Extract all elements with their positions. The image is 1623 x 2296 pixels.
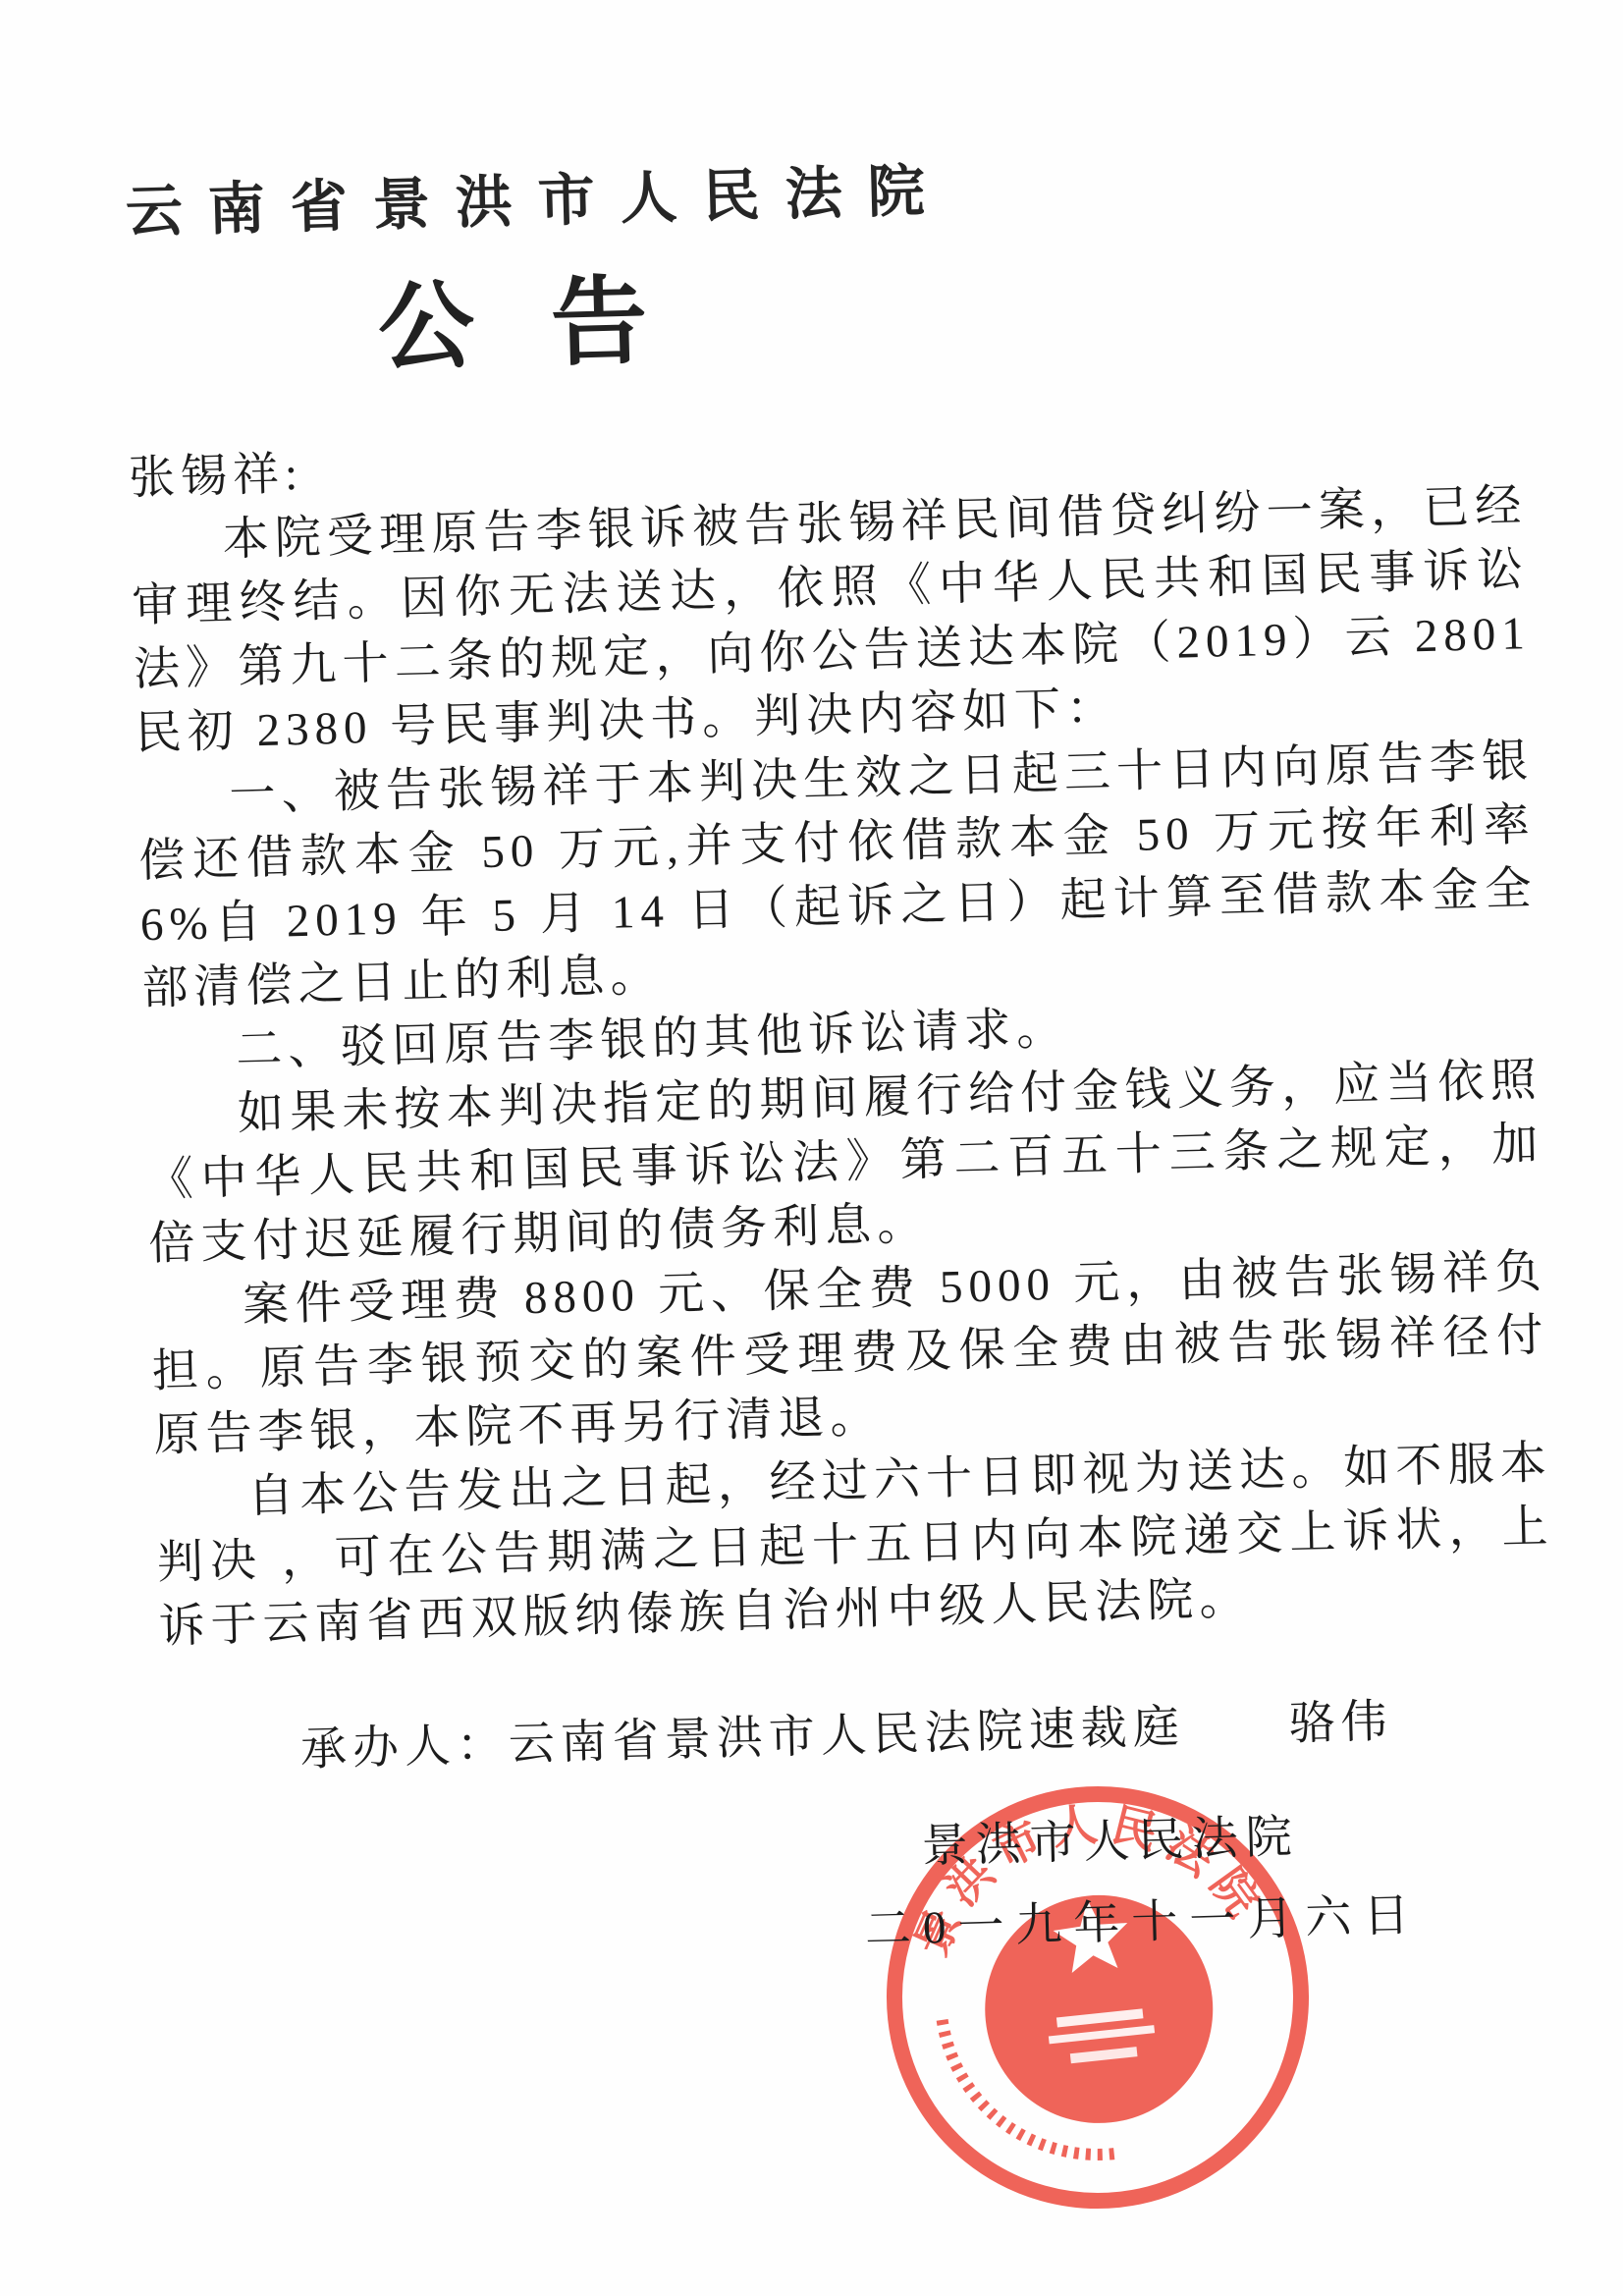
undertaker-line: 承办人：云南省景洪市人民法院速裁庭 骆伟 — [161, 1680, 1559, 1782]
notice-title: 公告 — [376, 219, 1617, 390]
notice-paragraph-2: 一、被告张锡祥于本判决生效之日起三十日内向原告李银偿还借款本金 50 万元,并支… — [136, 730, 1540, 1021]
notice-paragraph-4: 如果未按本判决指定的期间履行给付金钱义务，应当依照《中华人民共和国民事诉讼法》第… — [144, 1049, 1546, 1277]
court-signature: 景洪市人民法院 — [921, 1790, 1623, 1876]
notice-paragraph-6: 自本公告发出之日起，经过六十日即视为送达。如不服本判决 ，可在公告期满之日起十五… — [154, 1432, 1556, 1660]
notice-body: 张锡祥: 本院受理原告李银诉被告张锡祥民间借贷纠纷一案，已经审理终结。因你无法送… — [128, 410, 1556, 1660]
notice-paragraph-5: 案件受理费 8800 元、保全费 5000 元，由被告张锡祥负担。原告李银预交的… — [149, 1240, 1551, 1468]
issue-date: 二0一九年十一月六日 — [864, 1872, 1623, 1958]
court-title: 云南省景洪市人民法院 — [125, 144, 932, 247]
notice-paragraph-1: 本院受理原告李银诉被告张锡祥民间借贷纠纷一案，已经审理终结。因你无法送达，依照《… — [130, 474, 1533, 766]
announcement-page: 景洪市人民法院 云南省景洪市人民法院 公告 张锡祥: 本院受理原告李银诉被告张锡… — [0, 0, 1623, 2296]
document-content: 云南省景洪市人民法院 公告 张锡祥: 本院受理原告李银诉被告张锡祥民间借贷纠纷一… — [0, 0, 1623, 1980]
